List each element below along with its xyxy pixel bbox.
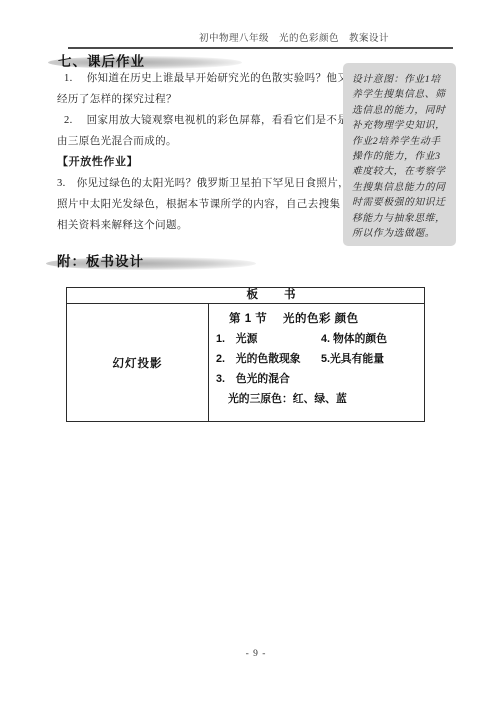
- document-page: { "page_header": { "title": "初中物理八年级 光的色…: [0, 0, 500, 707]
- board-outline-item: 5.光具有能量: [321, 349, 424, 369]
- table-body-row: 幻灯投影 第 1 节 光的色彩 颜色 1. 光源 4. 物体的颜色 2. 光的色…: [67, 304, 424, 421]
- body-text-line: 经历了怎样的探究过程？: [57, 89, 357, 110]
- homework-body: 1. 你知道在历史上谁最早开始研究光的色散实验吗？他又 经历了怎样的探究过程？ …: [57, 68, 357, 236]
- board-outline-item: [321, 369, 424, 389]
- board-outline-item: 1. 光源: [216, 329, 321, 349]
- lesson-title: 第 1 节 光的色彩 颜色: [229, 309, 424, 329]
- body-text-line: 照片中太阳光发绿色，根据本节课所学的内容，自己去搜集: [57, 194, 357, 215]
- board-design-table: 板 书 幻灯投影 第 1 节 光的色彩 颜色 1. 光源 4. 物体的颜色 2.…: [66, 287, 425, 422]
- design-note-line: 所以作为选做题。: [352, 226, 452, 241]
- projector-cell: 幻灯投影: [67, 304, 209, 421]
- board-outline-item: 2. 光的色散现象: [216, 349, 321, 369]
- board-outline-row: 2. 光的色散现象 5.光具有能量: [216, 349, 424, 369]
- body-text-line: 由三原色光混合而成的。: [57, 131, 357, 152]
- board-outline-item: 3. 色光的混合: [216, 369, 321, 389]
- board-outline-row: 3. 色光的混合: [216, 369, 424, 389]
- board-outline-rows: 1. 光源 4. 物体的颜色 2. 光的色散现象 5.光具有能量 3. 色光的混…: [216, 329, 424, 389]
- board-content-cell: 第 1 节 光的色彩 颜色 1. 光源 4. 物体的颜色 2. 光的色散现象 5…: [209, 304, 424, 421]
- page-number: - 9 -: [0, 649, 500, 659]
- design-note-box: 设计意图：作业1培 养学生搜集信息、筛 选信息的能力，同时 补充物理学史知识， …: [343, 63, 456, 246]
- design-note-line: 养学生搜集信息、筛: [352, 87, 452, 102]
- header-rule: [68, 47, 453, 49]
- design-note-line: 难度较大，在考察学: [352, 164, 452, 179]
- design-note-line: 补充物理学史知识，: [352, 118, 452, 133]
- design-note-line: 选信息的能力，同时: [352, 103, 452, 118]
- body-text-line: 【开放性作业】: [57, 152, 357, 173]
- primary-colors-line: 光的三原色：红、绿、蓝: [228, 389, 424, 409]
- running-header: 初中物理八年级 光的色彩颜色 教案设计: [134, 30, 454, 44]
- board-outline-item: 4. 物体的颜色: [321, 329, 424, 349]
- design-note-line: 移能力与抽象思维，: [352, 211, 452, 226]
- design-note-line: 设计意图：作业1培: [352, 72, 452, 87]
- design-note-line: 作业2培养学生动手: [352, 134, 452, 149]
- table-header-label: 板 书: [247, 288, 297, 303]
- board-design-heading: 附：板书设计: [57, 250, 144, 270]
- table-header-row: 板 书: [67, 288, 424, 304]
- design-note-line: 生搜集信息能力的同: [352, 180, 452, 195]
- body-text-line: 3. 你见过绿色的太阳光吗？俄罗斯卫星拍下罕见日食照片，: [57, 173, 357, 194]
- design-note-line: 时需要极强的知识迁: [352, 195, 452, 210]
- body-text-line: 相关资料来解释这个问题。: [57, 215, 357, 236]
- body-text-line: 1. 你知道在历史上谁最早开始研究光的色散实验吗？他又: [57, 68, 357, 89]
- design-note-line: 操作的能力，作业3: [352, 149, 452, 164]
- body-text-line: 2. 回家用放大镜观察电视机的彩色屏幕，看看它们是不是: [57, 110, 357, 131]
- board-outline-row: 1. 光源 4. 物体的颜色: [216, 329, 424, 349]
- homework-heading: 七、课后作业: [58, 50, 145, 70]
